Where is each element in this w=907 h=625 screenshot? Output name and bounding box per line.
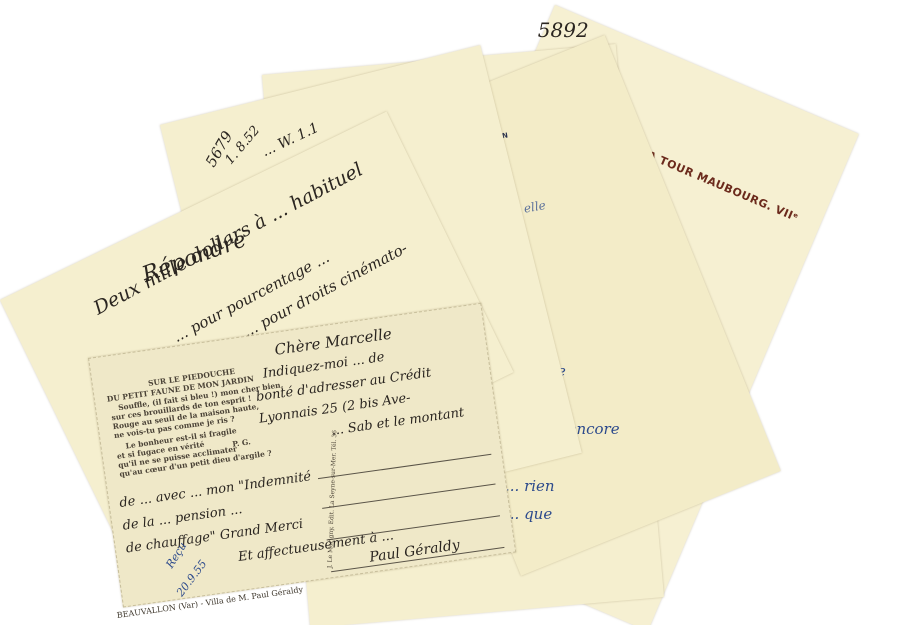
received-date: 20.9.55 xyxy=(174,558,210,599)
address-line xyxy=(322,484,495,509)
address-line xyxy=(327,515,500,540)
letter-line: ... rien xyxy=(505,477,555,495)
letter-line: ... que xyxy=(505,505,552,523)
poem-signature: P. G. xyxy=(232,437,251,448)
archive-number: 5892 xyxy=(538,18,589,42)
address-line xyxy=(318,454,491,479)
